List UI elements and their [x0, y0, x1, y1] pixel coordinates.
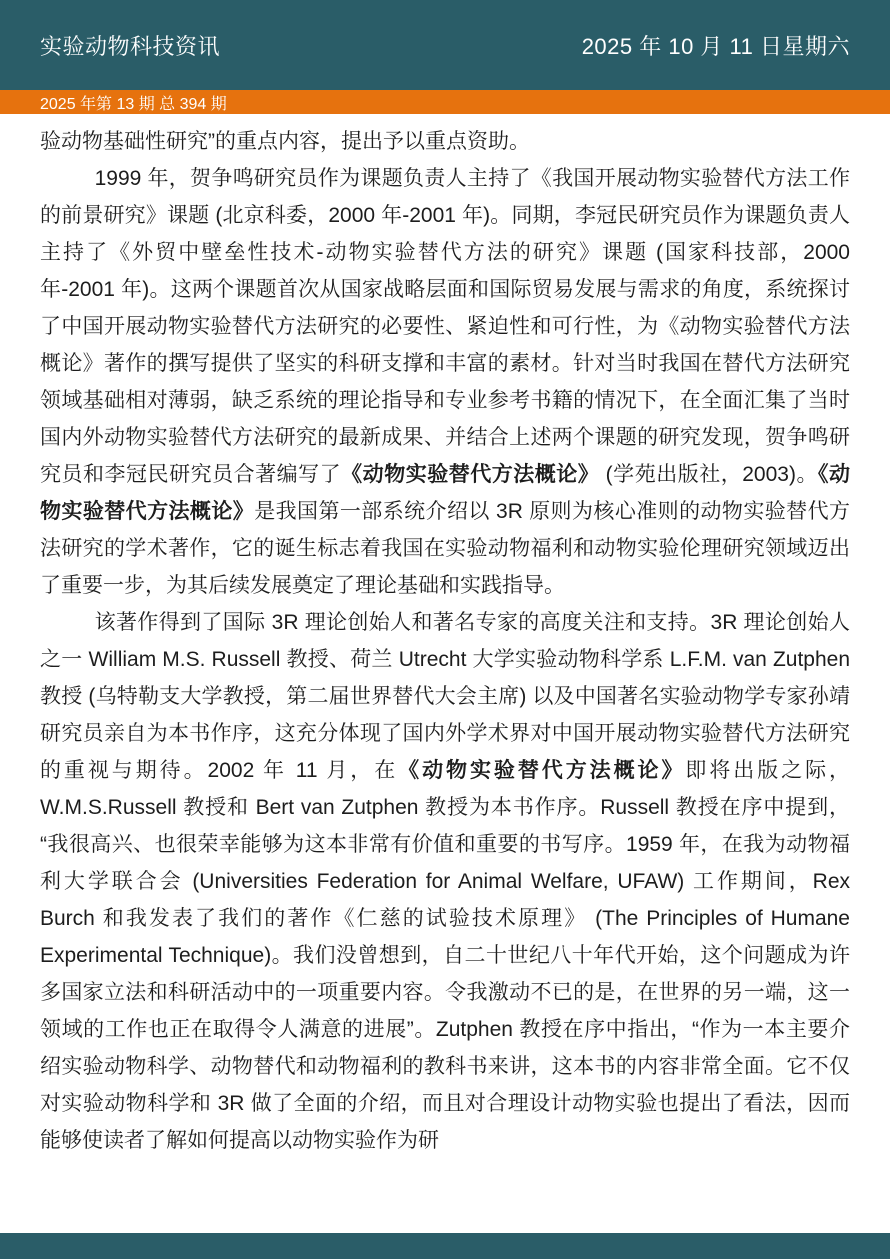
text-run: 该著作得到了国际 3R 理论创始人和著名专家的高度关注和支持。3R 理论创始人之… — [40, 611, 850, 782]
footer-bar — [0, 1233, 890, 1259]
masthead: 实验动物科技资讯 2025 年 10 月 11 日星期六 — [0, 0, 890, 90]
article-body: 验动物基础性研究”的重点内容，提出予以重点资助。1999 年，贺争鸣研究员作为课… — [0, 114, 890, 1233]
text-run: 验动物基础性研究”的重点内容，提出予以重点资助。 — [40, 130, 530, 153]
issue-bar: 2025 年第 13 期 总 394 期 — [0, 90, 890, 114]
text-run: 即将出版之际，W.M.S.Russell 教授和 Bert van Zutphe… — [40, 759, 850, 1152]
paragraph: 验动物基础性研究”的重点内容，提出予以重点资助。 — [40, 123, 850, 160]
paragraph: 1999 年，贺争鸣研究员作为课题负责人主持了《我国开展动物实验替代方法工作的前… — [40, 160, 850, 604]
paragraph: 该著作得到了国际 3R 理论创始人和著名专家的高度关注和支持。3R 理论创始人之… — [40, 604, 850, 1159]
text-run: 1999 年，贺争鸣研究员作为课题负责人主持了《我国开展动物实验替代方法工作的前… — [40, 167, 850, 486]
newsletter-page: 实验动物科技资讯 2025 年 10 月 11 日星期六 2025 年第 13 … — [0, 0, 890, 1259]
book-title-bold: 《动物实验替代方法概论》 — [341, 463, 599, 486]
text-run: (学苑出版社，2003)。 — [599, 463, 818, 486]
book-title-bold: 《动物实验替代方法概论》 — [398, 759, 685, 782]
newsletter-title: 实验动物科技资讯 — [40, 30, 220, 61]
masthead-date: 2025 年 10 月 11 日星期六 — [582, 30, 850, 61]
issue-label: 2025 年第 13 期 总 394 期 — [40, 91, 227, 114]
